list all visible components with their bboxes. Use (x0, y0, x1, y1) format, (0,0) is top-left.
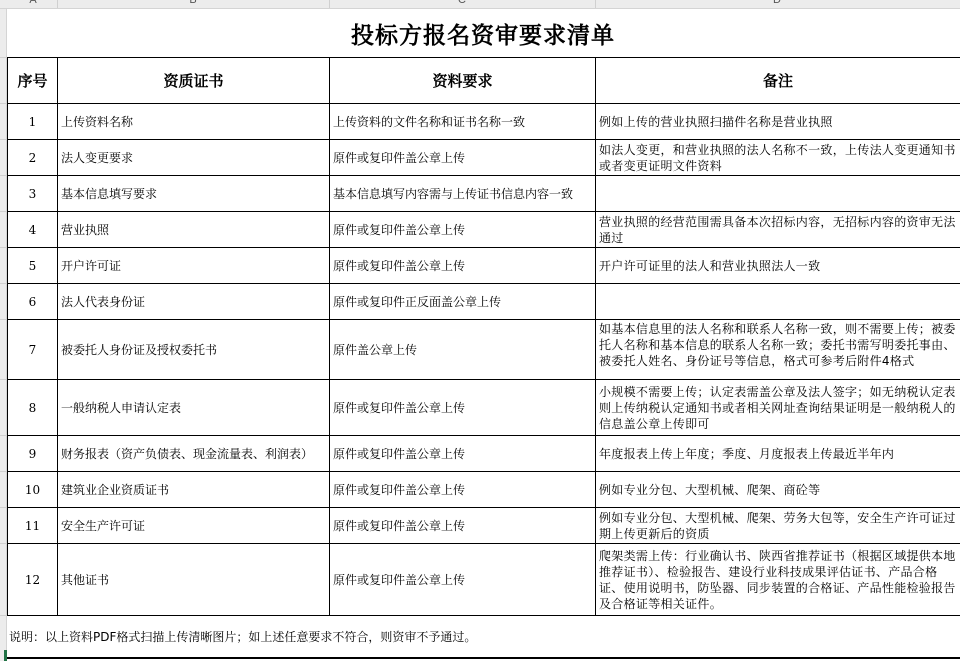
cell-remark[interactable]: 例如上传的营业执照扫描件名称是营业执照 (596, 104, 960, 140)
cell-requirement[interactable]: 原件或复印件盖公章上传 (330, 508, 596, 544)
header-num[interactable]: 序号 (8, 58, 58, 104)
cell-remark[interactable]: 小规模不需要上传；认定表需盖公章及法人签字；如无纳税认定表则上传纳税认定通知书或… (596, 380, 960, 436)
row-divider (0, 175, 6, 176)
cell-num[interactable]: 11 (8, 508, 58, 544)
cell-certificate[interactable]: 法人变更要求 (58, 140, 330, 176)
cell-certificate[interactable]: 营业执照 (58, 212, 330, 248)
table-row: 6 法人代表身份证 原件或复印件正反面盖公章上传 (8, 284, 960, 320)
row-header-gutter[interactable] (0, 9, 7, 661)
row-divider (0, 615, 6, 616)
cell-num[interactable]: 9 (8, 436, 58, 472)
header-remark[interactable]: 备注 (596, 58, 960, 104)
column-header-b[interactable]: B (186, 0, 200, 6)
table-row: 8 一般纳税人申请认定表 原件或复印件盖公章上传 小规模不需要上传；认定表需盖公… (8, 380, 960, 436)
cell-certificate[interactable]: 基本信息填写要求 (58, 176, 330, 212)
cell-num[interactable]: 10 (8, 472, 58, 508)
cell-requirement[interactable]: 原件盖公章上传 (330, 320, 596, 380)
column-header-bar: A B C D (0, 0, 960, 9)
table-row: 3 基本信息填写要求 基本信息填写内容需与上传证书信息内容一致 (8, 176, 960, 212)
row-divider (0, 57, 6, 58)
row-divider (0, 283, 6, 284)
cell-num[interactable]: 12 (8, 544, 58, 616)
cell-requirement[interactable]: 原件或复印件盖公章上传 (330, 140, 596, 176)
row-divider (0, 379, 6, 380)
selection-indicator (4, 650, 7, 661)
cell-remark[interactable]: 开户许可证里的法人和营业执照法人一致 (596, 248, 960, 284)
column-divider[interactable] (595, 0, 596, 8)
table-row: 10 建筑业企业资质证书 原件或复印件盖公章上传 例如专业分包、大型机械、爬架、… (8, 472, 960, 508)
cell-certificate[interactable]: 一般纳税人申请认定表 (58, 380, 330, 436)
cell-certificate[interactable]: 其他证书 (58, 544, 330, 616)
cell-remark[interactable]: 例如专业分包、大型机械、爬架、商砼等 (596, 472, 960, 508)
cell-certificate[interactable]: 财务报表（资产负债表、现金流量表、利润表） (58, 436, 330, 472)
cell-remark[interactable] (596, 176, 960, 212)
row-divider (0, 471, 6, 472)
cell-certificate[interactable]: 上传资料名称 (58, 104, 330, 140)
row-divider (0, 211, 6, 212)
cell-requirement[interactable]: 基本信息填写内容需与上传证书信息内容一致 (330, 176, 596, 212)
header-certificate[interactable]: 资质证书 (58, 58, 330, 104)
cell-requirement[interactable]: 原件或复印件盖公章上传 (330, 436, 596, 472)
column-header-d[interactable]: D (770, 0, 784, 6)
table-row: 1 上传资料名称 上传资料的文件名称和证书名称一致 例如上传的营业执照扫描件名称… (8, 104, 960, 140)
cell-remark-text: 如基本信息里的法人名称和联系人名称一致，则不需要上传；被委托人名称和基本信息的联… (599, 321, 957, 379)
cell-requirement[interactable]: 原件或复印件盖公章上传 (330, 248, 596, 284)
table-row: 2 法人变更要求 原件或复印件盖公章上传 如法人变更，和营业执照的法人名称不一致… (8, 140, 960, 176)
row-divider (0, 247, 6, 248)
column-header-c[interactable]: C (455, 0, 469, 6)
column-header-a[interactable]: A (26, 0, 40, 6)
column-divider[interactable] (329, 0, 330, 8)
cell-remark[interactable]: 年度报表上传上年度；季度、月度报表上传最近半年内 (596, 436, 960, 472)
footer-note[interactable]: 说明：以上资料PDF格式扫描上传清晰图片；如上述任意要求不符合，则资审不予通过。 (9, 616, 959, 657)
cell-remark[interactable]: 营业执照的经营范围需具备本次招标内容，无招标内容的资审无法通过 (596, 212, 960, 248)
cell-remark[interactable]: 爬架类需上传：行业确认书、陕西省推荐证书（根据区域提供本地推荐证书）、检验报告、… (596, 544, 960, 616)
cell-requirement[interactable]: 上传资料的文件名称和证书名称一致 (330, 104, 596, 140)
cell-certificate[interactable]: 开户许可证 (58, 248, 330, 284)
column-divider[interactable] (57, 0, 58, 8)
row-divider (0, 139, 6, 140)
cell-num[interactable]: 8 (8, 380, 58, 436)
cell-remark[interactable] (596, 284, 960, 320)
cell-requirement[interactable]: 原件或复印件盖公章上传 (330, 212, 596, 248)
cell-requirement[interactable]: 原件或复印件盖公章上传 (330, 472, 596, 508)
row-divider (0, 435, 6, 436)
cell-num[interactable]: 3 (8, 176, 58, 212)
row-divider (0, 543, 6, 544)
row-divider (0, 103, 6, 104)
cell-remark[interactable]: 如基本信息里的法人名称和联系人名称一致，则不需要上传；被委托人名称和基本信息的联… (596, 320, 960, 380)
row-divider (0, 319, 6, 320)
bottom-border (7, 657, 960, 659)
cell-requirement[interactable]: 原件或复印件盖公章上传 (330, 380, 596, 436)
cell-num[interactable]: 4 (8, 212, 58, 248)
cell-remark[interactable]: 如法人变更，和营业执照的法人名称不一致，上传法人变更通知书或者变更证明文件资料 (596, 140, 960, 176)
row-divider (0, 507, 6, 508)
cell-num[interactable]: 2 (8, 140, 58, 176)
cell-certificate[interactable]: 建筑业企业资质证书 (58, 472, 330, 508)
cell-requirement[interactable]: 原件或复印件正反面盖公章上传 (330, 284, 596, 320)
table-row: 11 安全生产许可证 原件或复印件盖公章上传 例如专业分包、大型机械、爬架、劳务… (8, 508, 960, 544)
cell-certificate[interactable]: 法人代表身份证 (58, 284, 330, 320)
cell-certificate[interactable]: 安全生产许可证 (58, 508, 330, 544)
table-row: 12 其他证书 原件或复印件盖公章上传 爬架类需上传：行业确认书、陕西省推荐证书… (8, 544, 960, 616)
cell-requirement[interactable]: 原件或复印件盖公章上传 (330, 544, 596, 616)
header-row: 序号 资质证书 资料要求 备注 (8, 58, 960, 104)
sheet-title[interactable]: 投标方报名资审要求清单 (7, 9, 959, 57)
header-requirement[interactable]: 资料要求 (330, 58, 596, 104)
table-row: 4 营业执照 原件或复印件盖公章上传 营业执照的经营范围需具备本次招标内容，无招… (8, 212, 960, 248)
table-row: 5 开户许可证 原件或复印件盖公章上传 开户许可证里的法人和营业执照法人一致 (8, 248, 960, 284)
cell-num[interactable]: 1 (8, 104, 58, 140)
table-row: 9 财务报表（资产负债表、现金流量表、利润表） 原件或复印件盖公章上传 年度报表… (8, 436, 960, 472)
cell-num[interactable]: 5 (8, 248, 58, 284)
cell-num[interactable]: 6 (8, 284, 58, 320)
cell-num[interactable]: 7 (8, 320, 58, 380)
requirements-table: 序号 资质证书 资料要求 备注 1 上传资料名称 上传资料的文件名称和证书名称一… (7, 57, 960, 616)
cell-remark[interactable]: 例如专业分包、大型机械、爬架、劳务大包等，安全生产许可证过期上传更新后的资质 (596, 508, 960, 544)
cell-certificate[interactable]: 被委托人身份证及授权委托书 (58, 320, 330, 380)
table-row: 7 被委托人身份证及授权委托书 原件盖公章上传 如基本信息里的法人名称和联系人名… (8, 320, 960, 380)
